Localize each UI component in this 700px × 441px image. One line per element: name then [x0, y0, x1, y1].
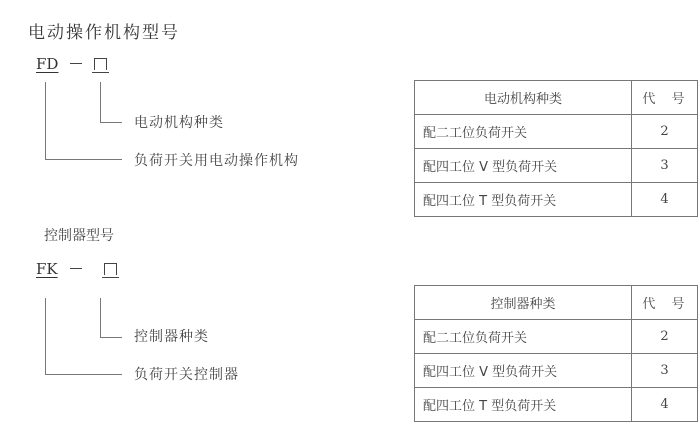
bracket-line: [100, 337, 122, 338]
section2-placeholder-meaning: 控制器种类: [134, 326, 209, 346]
cell-type: 配四工位 V 型负荷开关: [415, 354, 632, 388]
section1-code-table: 电动机构种类 代 号 配二工位负荷开关 2 配四工位 V 型负荷开关 3 配四工…: [414, 80, 698, 217]
cell-type: 配二工位负荷开关: [415, 320, 632, 354]
section2-prefix-meaning: 负荷开关控制器: [134, 364, 239, 384]
cell-code: 4: [632, 388, 698, 422]
cell-code: 3: [632, 149, 698, 183]
cell-code: 3: [632, 354, 698, 388]
column-header-code: 代 号: [632, 81, 698, 115]
section1-code-prefix: FD: [36, 55, 58, 73]
cell-code: 2: [632, 320, 698, 354]
section2-title: 控制器型号: [44, 225, 114, 245]
separator-dash: [70, 268, 82, 269]
cell-type: 配四工位 T 型负荷开关: [415, 388, 632, 422]
bracket-line: [100, 298, 101, 337]
table-row: 配二工位负荷开关 2: [415, 320, 698, 354]
section2-code-prefix: FK: [36, 260, 58, 278]
section1-title: 电动操作机构型号: [28, 18, 180, 43]
bracket-line: [45, 159, 122, 160]
cell-code: 2: [632, 115, 698, 149]
bracket-line: [45, 374, 122, 375]
column-header-type: 控制器种类: [415, 286, 632, 320]
section1-prefix-meaning: 负荷开关用电动操作机构: [134, 150, 299, 170]
cell-type: 配四工位 V 型负荷开关: [415, 149, 632, 183]
table-row: 配四工位 V 型负荷开关 3: [415, 354, 698, 388]
bracket-line: [45, 298, 46, 374]
bracket-line: [45, 82, 46, 159]
bracket-line: [100, 122, 122, 123]
table-header-row: 电动机构种类 代 号: [415, 81, 698, 115]
section2-code-table: 控制器种类 代 号 配二工位负荷开关 2 配四工位 V 型负荷开关 3 配四工位…: [414, 285, 698, 422]
table-row: 配二工位负荷开关 2: [415, 115, 698, 149]
section2-model-code: FK: [36, 260, 117, 278]
table-row: 配四工位 T 型负荷开关 4: [415, 388, 698, 422]
cell-type: 配四工位 T 型负荷开关: [415, 183, 632, 217]
separator-dash: [70, 63, 82, 64]
placeholder-box-icon: [104, 263, 117, 275]
section1-placeholder-meaning: 电动机构种类: [134, 112, 224, 132]
table-header-row: 控制器种类 代 号: [415, 286, 698, 320]
table-row: 配四工位 V 型负荷开关 3: [415, 149, 698, 183]
column-header-type: 电动机构种类: [415, 81, 632, 115]
cell-type: 配二工位负荷开关: [415, 115, 632, 149]
bracket-line: [100, 82, 101, 122]
placeholder-box-icon: [94, 58, 107, 70]
section1-model-code: FD: [36, 55, 107, 73]
column-header-code: 代 号: [632, 286, 698, 320]
table-row: 配四工位 T 型负荷开关 4: [415, 183, 698, 217]
cell-code: 4: [632, 183, 698, 217]
